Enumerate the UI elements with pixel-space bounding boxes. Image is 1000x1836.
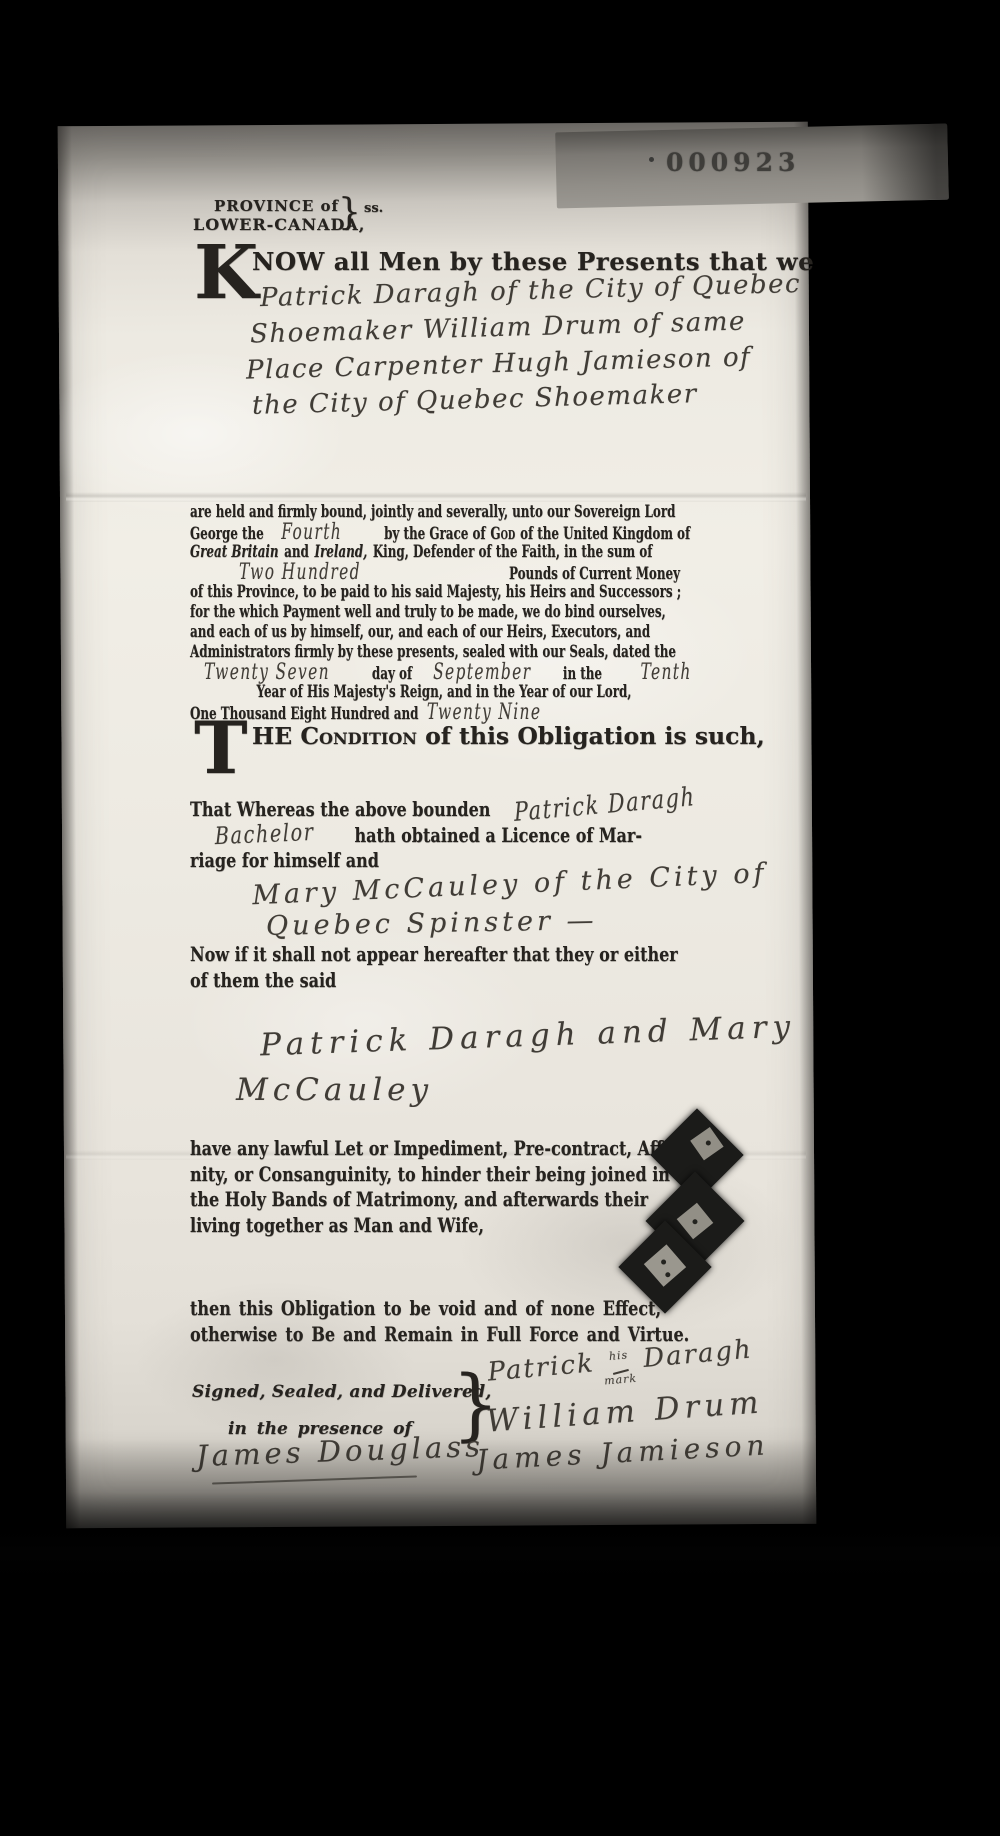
bond-line-7: and each of us by himself, our, and each… xyxy=(190,622,680,642)
regnal-name-handwritten: Fourth xyxy=(281,522,342,544)
bond-year-handwritten: Twenty Nine xyxy=(427,702,542,724)
stamp-dot xyxy=(649,157,654,162)
condition-heading: HE Condition of this Obligation is such, xyxy=(252,722,765,750)
bond-line-2-print-a: George the xyxy=(190,524,264,544)
impediment-line-2: nity, or Consanguinity, to hinder their … xyxy=(190,1162,710,1188)
condition-heading-smallcaps: Condition xyxy=(300,722,417,750)
his-mark-annotation: his mark xyxy=(602,1349,638,1387)
dropcap-t: T xyxy=(194,716,248,780)
province-ss-abbr: ss. xyxy=(364,201,383,216)
bond-line-11: One Thousand Eight Hundred and Twenty Ni… xyxy=(190,702,680,722)
condition-heading-rest: of this Obligation is such, xyxy=(425,722,765,750)
paper-fold-crease xyxy=(66,492,806,502)
seal-inner-square xyxy=(644,1244,686,1286)
impediment-line-3: the Holy Bands of Matrimony, and afterwa… xyxy=(190,1187,710,1213)
province-line-1: PROVINCE of xyxy=(214,197,339,215)
bond-line-1: are held and firmly bound, jointly and s… xyxy=(190,502,680,522)
now-if-line-1: Now if it shall not appear hereafter tha… xyxy=(190,941,710,967)
his-mark-bottom: mark xyxy=(604,1373,638,1387)
word-god-smallcaps: God xyxy=(490,524,515,544)
ireland-italic: Ireland, xyxy=(314,542,367,562)
whereas-line-2: Bachelor hath obtained a Licence of Mar- xyxy=(190,821,710,847)
couple-names-handwritten-line-2: McCauley xyxy=(236,1072,433,1108)
bond-line-6: for the which Payment well and truly to … xyxy=(190,602,680,622)
bond-line-9-inthe: in the xyxy=(563,664,602,684)
bond-line-9-dayof: day of xyxy=(372,664,412,684)
whereas-line-1-print: That Whereas the above bounden xyxy=(190,796,490,822)
bond-day-handwritten: Twenty Seven xyxy=(204,662,330,684)
bond-line-8: Administrators firmly by these presents,… xyxy=(190,642,680,662)
bond-line-9: Twenty Seven day of September in the Ten… xyxy=(190,662,680,682)
bond-sum-handwritten: Two Hundred xyxy=(239,562,361,584)
bond-line-2-print-b: by the Grace of xyxy=(384,524,485,544)
bond-line-3-and: and xyxy=(284,542,309,562)
void-clause-block: then this Obligation to be void and of n… xyxy=(190,1295,710,1347)
province-brace: } xyxy=(338,192,361,233)
bond-line-4: Two Hundred Pounds of Current Money xyxy=(190,562,680,582)
impediment-block: have any lawful Let or Impediment, Pre-c… xyxy=(190,1136,710,1238)
bond-regnal-year-handwritten: Tenth xyxy=(640,662,691,684)
bride-status-handwritten: Quebec Spinster — xyxy=(266,905,598,942)
bond-line-4-print: Pounds of Current Money xyxy=(509,564,680,584)
now-if-line-2: of them the said xyxy=(190,967,710,993)
impediment-line-4: living together as Man and Wife, xyxy=(190,1213,710,1239)
dropcap-k: K xyxy=(194,240,258,306)
bond-month-handwritten: September xyxy=(433,662,531,684)
bond-paragraph: are held and firmly bound, jointly and s… xyxy=(190,502,680,722)
void-line-2: otherwise to Be and Remain in Full Force… xyxy=(190,1321,710,1347)
impediment-line-1: have any lawful Let or Impediment, Pre-c… xyxy=(190,1136,710,1162)
bond-line-3: Great Britain and Ireland, King, Defende… xyxy=(190,542,680,562)
whereas-line-2-print: hath obtained a Licence of Mar- xyxy=(355,822,642,848)
bond-line-2: George the Fourth by the Grace of God of… xyxy=(190,522,680,542)
void-line-1: then this Obligation to be void and of n… xyxy=(190,1295,710,1321)
condition-heading-he: HE xyxy=(252,722,292,750)
bond-line-2-print-c: of the United Kingdom of xyxy=(520,524,690,544)
whereas-line-1: That Whereas the above bounden Patrick D… xyxy=(190,795,710,821)
bond-line-10: Year of His Majesty's Reign, and in the … xyxy=(190,682,680,702)
bond-line-3-print: King, Defender of the Faith, in the sum … xyxy=(373,542,653,562)
great-britain-italic: Great Britain xyxy=(190,542,279,562)
bond-line-5: of this Province, to be paid to his said… xyxy=(190,582,680,602)
groom-status-handwritten: Bachelor xyxy=(214,819,314,849)
stamp-number: 000923 xyxy=(666,148,800,177)
microfilm-frame: 000923 PROVINCE of LOWER-CANADA, } ss. K… xyxy=(0,0,1000,1836)
signed-sealed-label: Signed, Sealed, and Delivered, xyxy=(192,1382,492,1402)
